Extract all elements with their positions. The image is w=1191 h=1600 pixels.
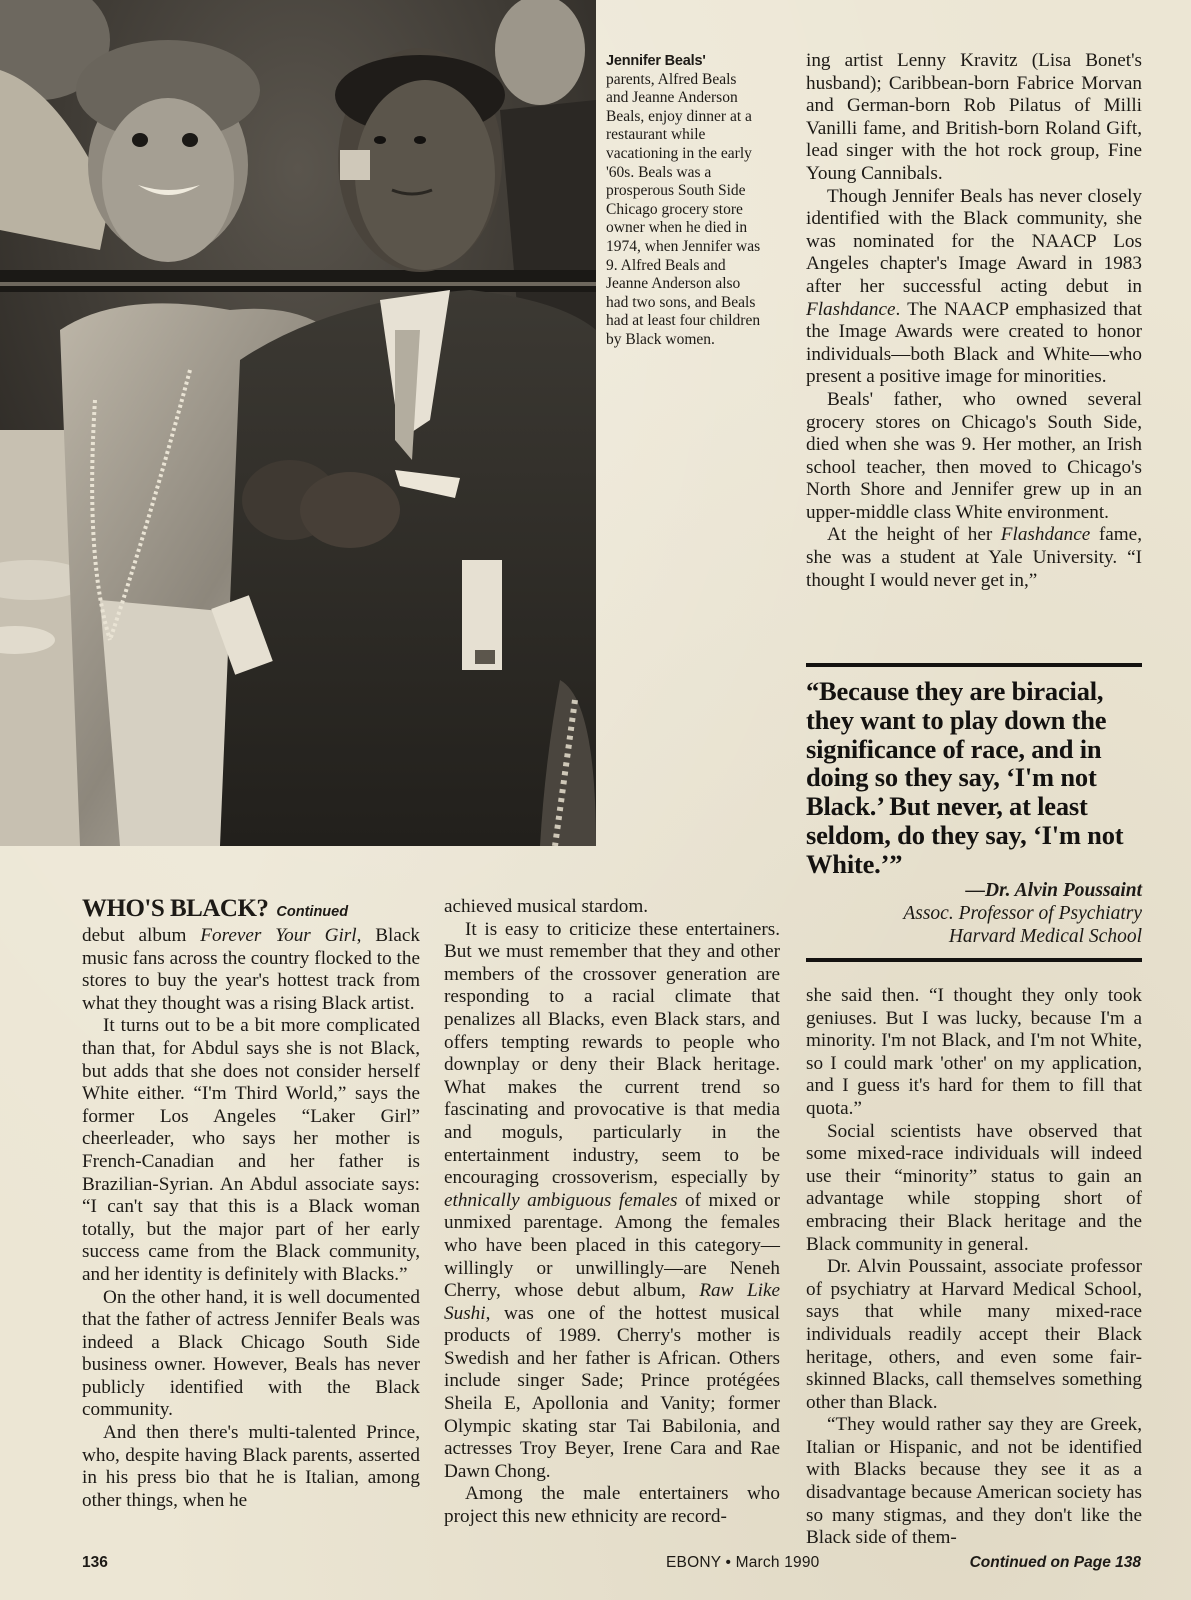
paragraph: debut album Forever Your Girl, Black mus… (82, 925, 420, 1015)
pull-quote-bottom-rule (806, 958, 1142, 962)
photo-image (0, 0, 596, 846)
pull-quote-text: “Because they are biracial, they want to… (806, 677, 1142, 879)
caption-lead: Jennifer Beals' (606, 52, 762, 71)
paragraph: Dr. Alvin Poussaint, associate professor… (806, 1256, 1142, 1414)
paragraph: On the other hand, it is well documented… (82, 1287, 420, 1423)
magazine-page: Jennifer Beals' parents, Alfred Beals an… (0, 0, 1191, 1600)
page-number: 136 (82, 1554, 108, 1572)
article-column-right-top: ing artist Lenny Kravitz (Lisa Bonet's h… (806, 50, 1142, 592)
photo-beals-parents (0, 0, 596, 846)
page-footer: 136 EBONY • March 1990 Continued on Page… (0, 1554, 1191, 1576)
section-kicker: WHO'S BLACK?Continued (82, 896, 420, 925)
paragraph: achieved musical stardom. (444, 896, 780, 919)
continued-on-link: Continued on Page 138 (970, 1554, 1141, 1572)
magazine-issue: EBONY • March 1990 (666, 1554, 819, 1572)
paragraph: It is easy to criticize these entertaine… (444, 919, 780, 1484)
paragraph: she said then. “I thought they only took… (806, 985, 1142, 1121)
paragraph: Social scientists have observed that som… (806, 1121, 1142, 1257)
paragraph: Beals' father, who owned several grocery… (806, 389, 1142, 525)
paragraph: Among the male entertainers who project … (444, 1483, 780, 1528)
pull-quote-attribution: —Dr. Alvin Poussaint Assoc. Professor of… (806, 879, 1142, 948)
paragraph: Though Jennifer Beals has never closely … (806, 186, 1142, 389)
article-column-right-bottom: she said then. “I thought they only took… (806, 985, 1142, 1550)
kicker-title: WHO'S BLACK? (82, 895, 268, 922)
pull-quote-author-institution: Harvard Medical School (806, 925, 1142, 948)
paragraph: And then there's multi-talented Prince, … (82, 1422, 420, 1512)
pull-quote: “Because they are biracial, they want to… (806, 663, 1142, 948)
paragraph: At the height of her Flashdance fame, sh… (806, 524, 1142, 592)
article-column-middle: achieved musical stardom. It is easy to … (444, 896, 780, 1529)
pull-quote-top-rule (806, 663, 1142, 667)
kicker-continued: Continued (276, 904, 348, 920)
photo-caption: Jennifer Beals' parents, Alfred Beals an… (606, 52, 762, 350)
paragraph: It turns out to be a bit more complicate… (82, 1015, 420, 1286)
pull-quote-author-title: Assoc. Professor of Psychiatry (806, 902, 1142, 925)
paragraph: “They would rather say they are Greek, I… (806, 1414, 1142, 1550)
paragraph: ing artist Lenny Kravitz (Lisa Bonet's h… (806, 50, 1142, 186)
article-column-left: WHO'S BLACK?Continued debut album Foreve… (82, 896, 420, 1512)
pull-quote-author: —Dr. Alvin Poussaint (806, 879, 1142, 902)
caption-text: parents, Alfred Beals and Jeanne Anderso… (606, 71, 760, 348)
